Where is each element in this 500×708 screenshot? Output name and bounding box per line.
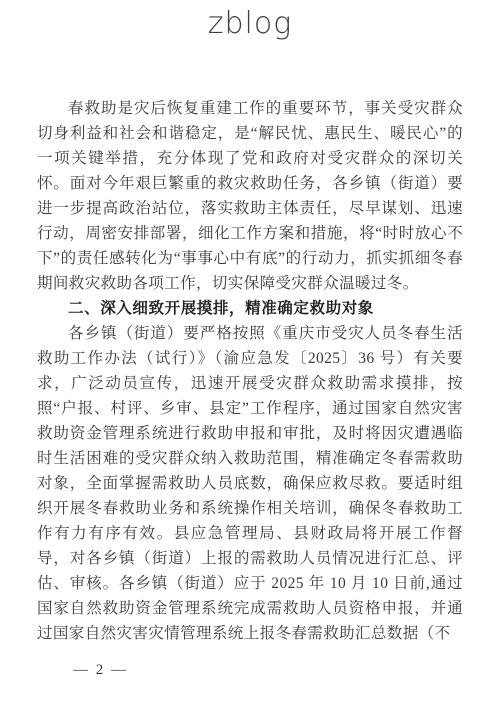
site-header: zblog [0, 0, 500, 48]
site-title-link[interactable]: zblog [208, 4, 292, 44]
page-number: — 2 — [37, 662, 463, 679]
document-page: 春救助是灾后恢复重建工作的重要环节，事关受灾群众切身利益和社会和谐稳定，是“解民… [37, 96, 463, 646]
section-heading: 二、深入细致开展摸排，精准确定救助对象 [37, 296, 463, 321]
page-footer: — 2 — [37, 662, 463, 679]
paragraph-1: 春救助是灾后恢复重建工作的重要环节，事关受灾群众切身利益和社会和谐稳定，是“解民… [37, 96, 463, 296]
paragraph-2: 各乡镇（街道）要严格按照《重庆市受灾人员冬春生活救助工作办法（试行）》（渝应急发… [37, 321, 463, 646]
